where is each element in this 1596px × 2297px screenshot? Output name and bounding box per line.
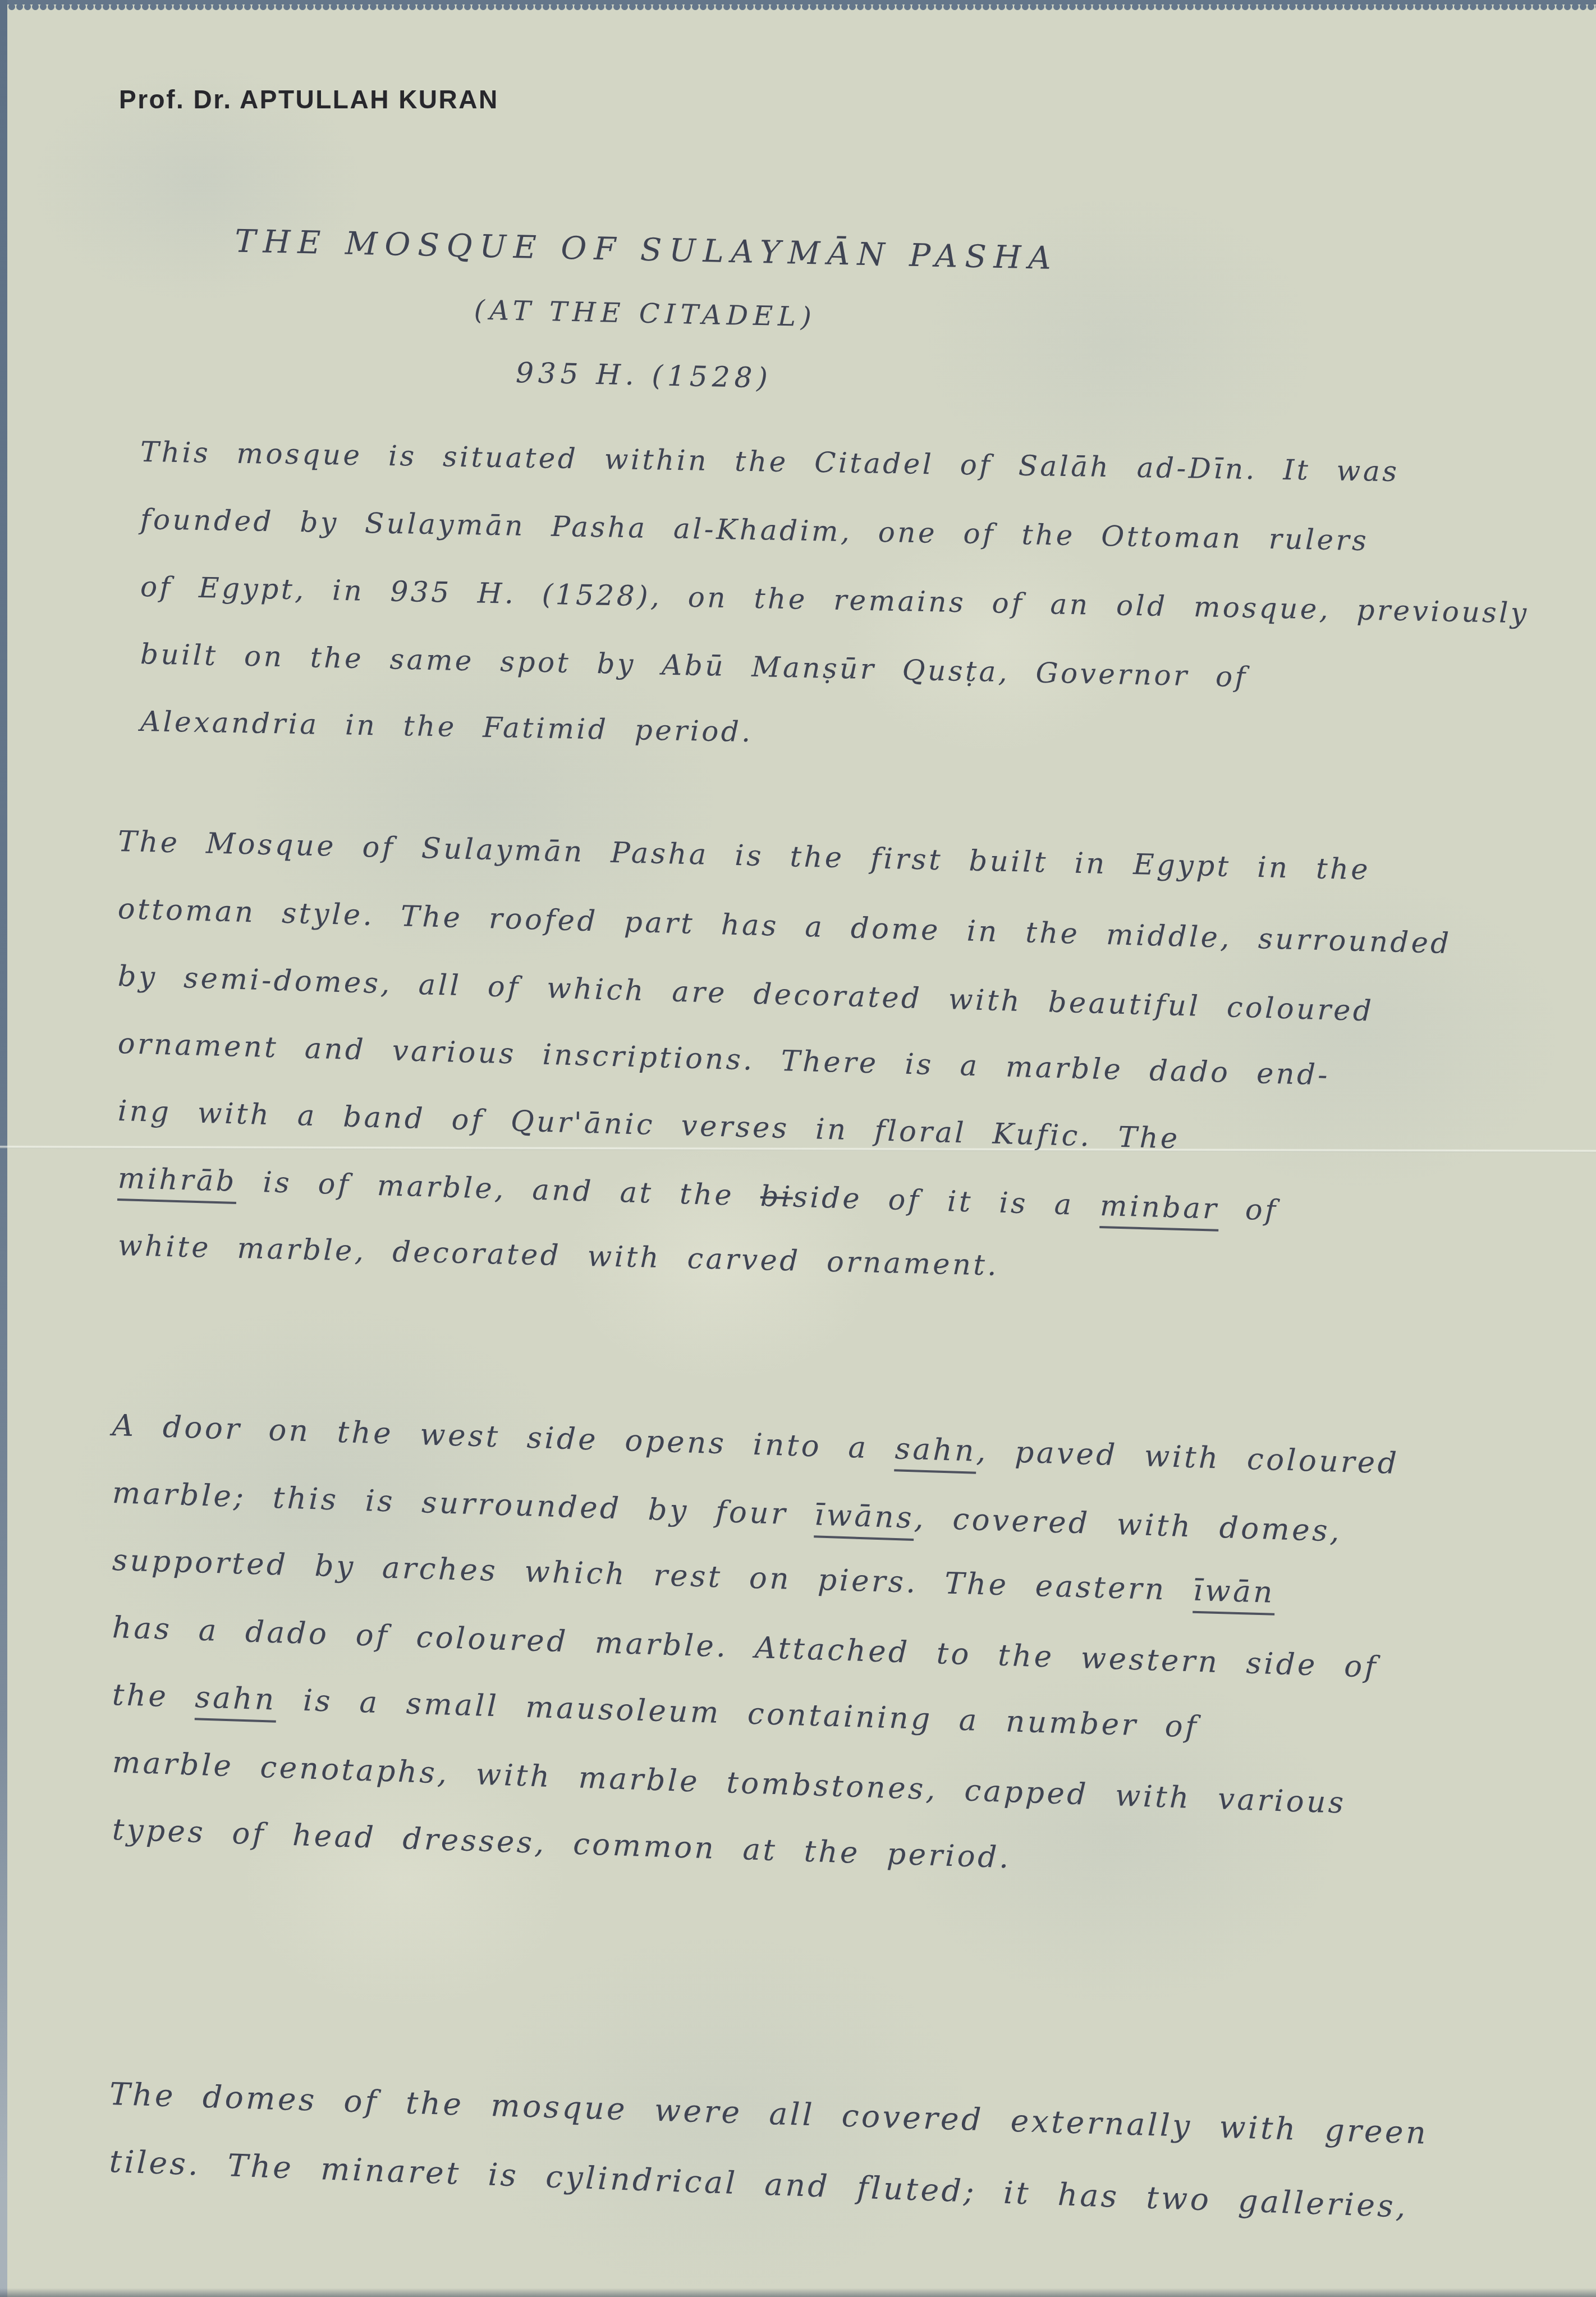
underlined-term: īwāns — [814, 1498, 915, 1541]
perforated-edge — [0, 2, 1596, 15]
text-segment: The Mosque of Sulaymān Pasha is the firs… — [117, 825, 1370, 887]
text-segment: supported by arches which rest on piers.… — [112, 1543, 1194, 1608]
text-segment: , covered with domes, — [914, 1501, 1342, 1549]
text-segment: , paved with coloured — [976, 1434, 1400, 1481]
letterhead-name: Prof. Dr. APTULLAH KURAN — [119, 84, 499, 115]
bottom-scan-shadow — [0, 2288, 1596, 2297]
text-segment: the — [112, 1678, 195, 1714]
text-segment: is of marble, and at the — [236, 1165, 761, 1213]
document-title: THE MOSQUE OF SULAYMĀN PASHA (AT THE CIT… — [138, 207, 1152, 418]
paragraph: This mosque is situated within the Citad… — [109, 418, 1569, 755]
underlined-term: minbar — [1099, 1189, 1219, 1232]
struck-word: bi — [760, 1180, 794, 1214]
underlined-term: sahn — [194, 1680, 277, 1722]
text-segment: ing with a band of Qur'ānic verses in fl… — [117, 1095, 1180, 1156]
text-segment: This mosque is situated within the Citad… — [140, 436, 1400, 488]
paragraph: The Mosque of Sulaymān Pasha is the firs… — [109, 808, 1569, 1280]
underlined-term: īwān — [1193, 1573, 1276, 1616]
text-segment: types of head dresses, common at the per… — [112, 1813, 1012, 1875]
paragraph: A door on the west side opens into a sah… — [109, 1392, 1569, 1864]
text-segment: Alexandria in the Fatimid period. — [140, 705, 753, 748]
text-segment: built on the same spot by Abū Manṣūr Qus… — [140, 638, 1248, 693]
text-segment: of — [1218, 1193, 1278, 1228]
text-segment: is a small mausoleum containing a number… — [276, 1683, 1199, 1745]
underlined-term: mihrāb — [117, 1162, 237, 1204]
text-segment: founded by Sulaymān Pasha al-Khadim, one… — [140, 503, 1369, 557]
scanned-manuscript-page: Prof. Dr. APTULLAH KURAN THE MOSQUE OF S… — [0, 0, 1596, 2297]
manuscript-body: This mosque is situated within the Citad… — [109, 418, 1569, 2195]
text-segment: marble; this is surrounded by four — [112, 1476, 815, 1532]
text-segment: white marble, decorated with carved orna… — [117, 1229, 999, 1283]
paragraph: The domes of the mosque were all covered… — [109, 2060, 1569, 2195]
text-segment: side of it is a — [792, 1181, 1100, 1223]
text-segment: A door on the west side opens into a — [112, 1408, 896, 1466]
text-segment: of Egypt, in 935 H. (1528), on the remai… — [140, 570, 1529, 630]
underlined-term: sahn — [895, 1431, 977, 1474]
